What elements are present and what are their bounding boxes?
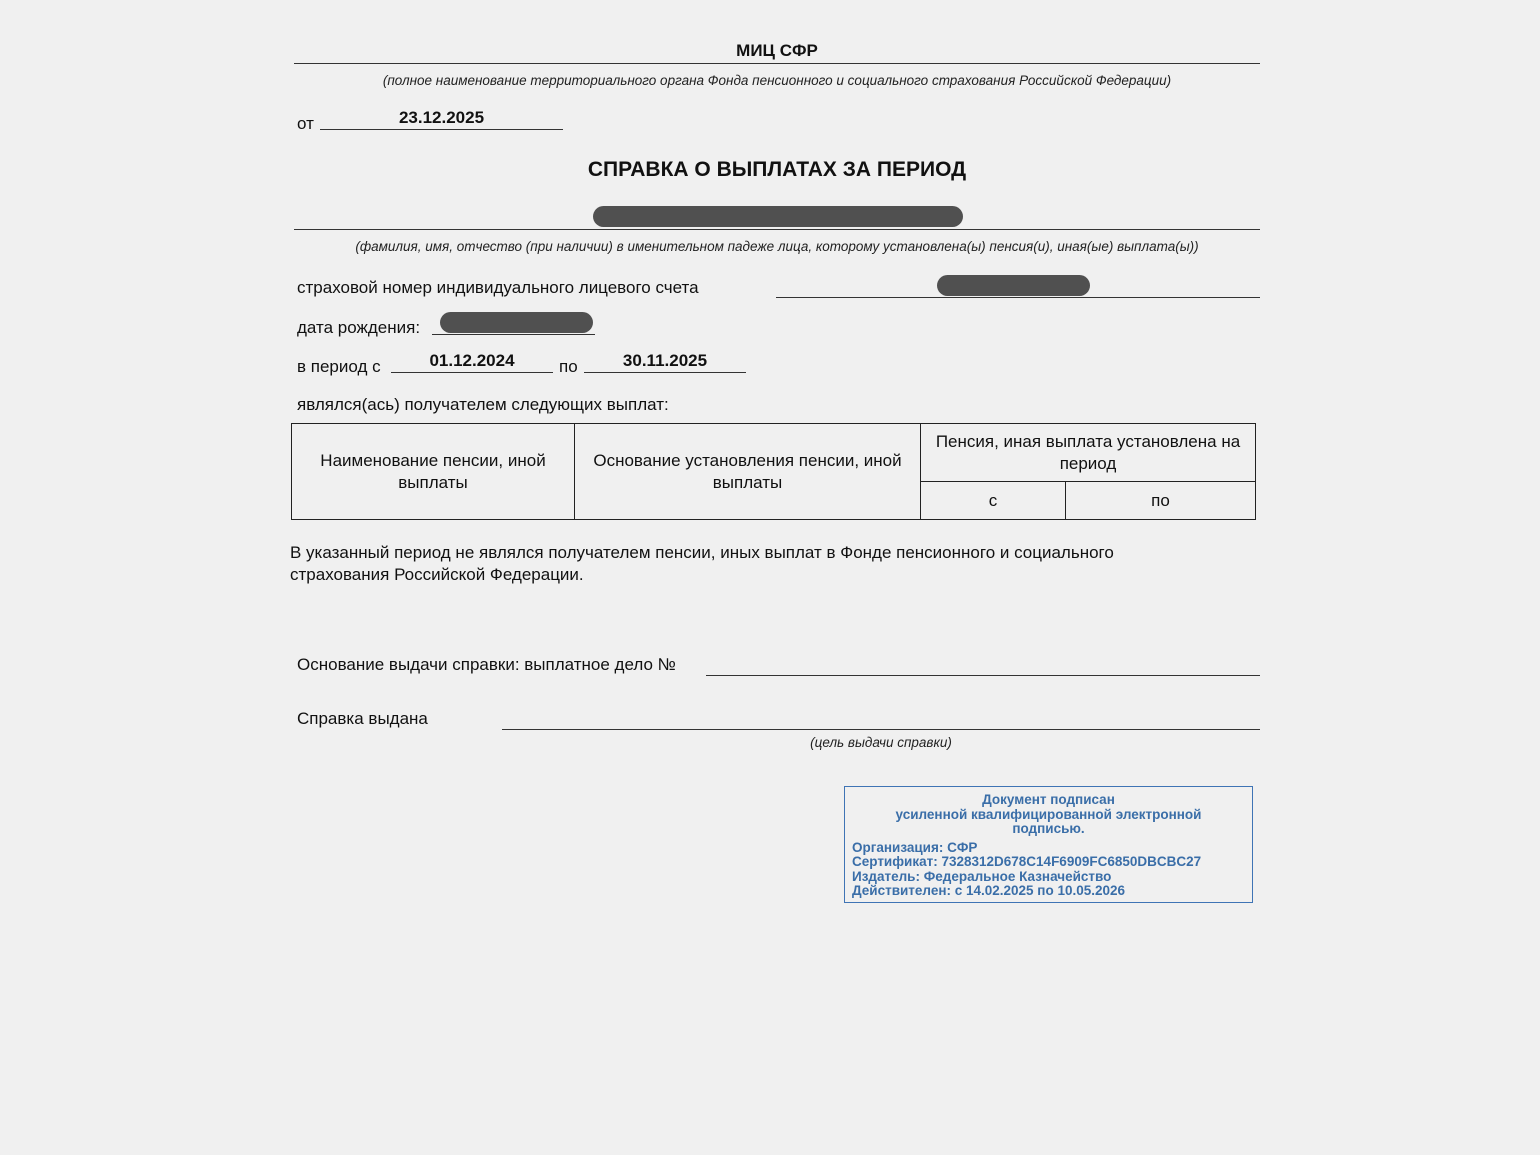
period-from-label: в период с (297, 356, 381, 378)
date-underline (320, 129, 563, 130)
name-redaction (593, 206, 963, 227)
document-date: 23.12.2025 (320, 107, 563, 129)
period-to-underline (584, 372, 746, 373)
organization-name: МИЦ СФР (294, 40, 1260, 62)
signature-organization: Организация: СФР (852, 841, 1252, 856)
issued-caption: (цель выдачи справки) (502, 734, 1260, 752)
birthdate-label: дата рождения: (297, 317, 420, 339)
column-header-payment-basis: Основание установления пенсии, иной выпл… (575, 424, 921, 520)
document-title: СПРАВКА О ВЫПЛАТАХ ЗА ПЕРИОД (294, 157, 1260, 183)
signature-heading-line1: Документ подписан (845, 793, 1252, 808)
signature-heading-line2: усиленной квалифицированной электронной (845, 808, 1252, 823)
column-header-period-to: по (1066, 482, 1256, 520)
signature-validity: Действителен: с 14.02.2025 по 10.05.2026 (852, 884, 1252, 899)
period-from-date: 01.12.2024 (391, 350, 553, 372)
snils-label: страховой номер индивидуального лицевого… (297, 277, 699, 299)
column-header-period-from: с (921, 482, 1066, 520)
column-header-payment-name: Наименование пенсии, иной выплаты (292, 424, 575, 520)
no-payments-notice: В указанный период не являлся получателе… (290, 542, 1190, 586)
organization-caption: (полное наименование территориального ор… (294, 72, 1260, 90)
date-prefix: от (297, 113, 314, 135)
signature-certificate: Сертификат: 7328312D678C14F6909FC6850DBC… (852, 855, 1252, 870)
signature-issuer: Издатель: Федеральное Казначейство (852, 870, 1252, 885)
basis-label: Основание выдачи справки: выплатное дело… (297, 654, 676, 676)
birthdate-redaction (440, 312, 593, 333)
birthdate-underline (432, 334, 595, 335)
name-caption: (фамилия, имя, отчество (при наличии) в … (294, 238, 1260, 256)
period-to-date: 30.11.2025 (584, 350, 746, 372)
issued-underline (502, 729, 1260, 730)
electronic-signature-stamp: Документ подписан усиленной квалифициров… (844, 786, 1253, 903)
period-to-label: по (559, 356, 578, 378)
signature-heading-line3: подписью. (845, 822, 1252, 837)
snils-redaction (937, 275, 1090, 296)
issued-label: Справка выдана (297, 708, 428, 730)
recipient-intro: являлся(ась) получателем следующих выпла… (297, 394, 669, 416)
payments-table: Наименование пенсии, иной выплаты Основа… (291, 423, 1256, 520)
column-header-payment-period: Пенсия, иная выплата установлена на пери… (921, 424, 1256, 482)
period-from-underline (391, 372, 553, 373)
name-underline (294, 229, 1260, 230)
snils-underline (776, 297, 1260, 298)
organization-underline (294, 63, 1260, 64)
basis-underline (706, 675, 1260, 676)
